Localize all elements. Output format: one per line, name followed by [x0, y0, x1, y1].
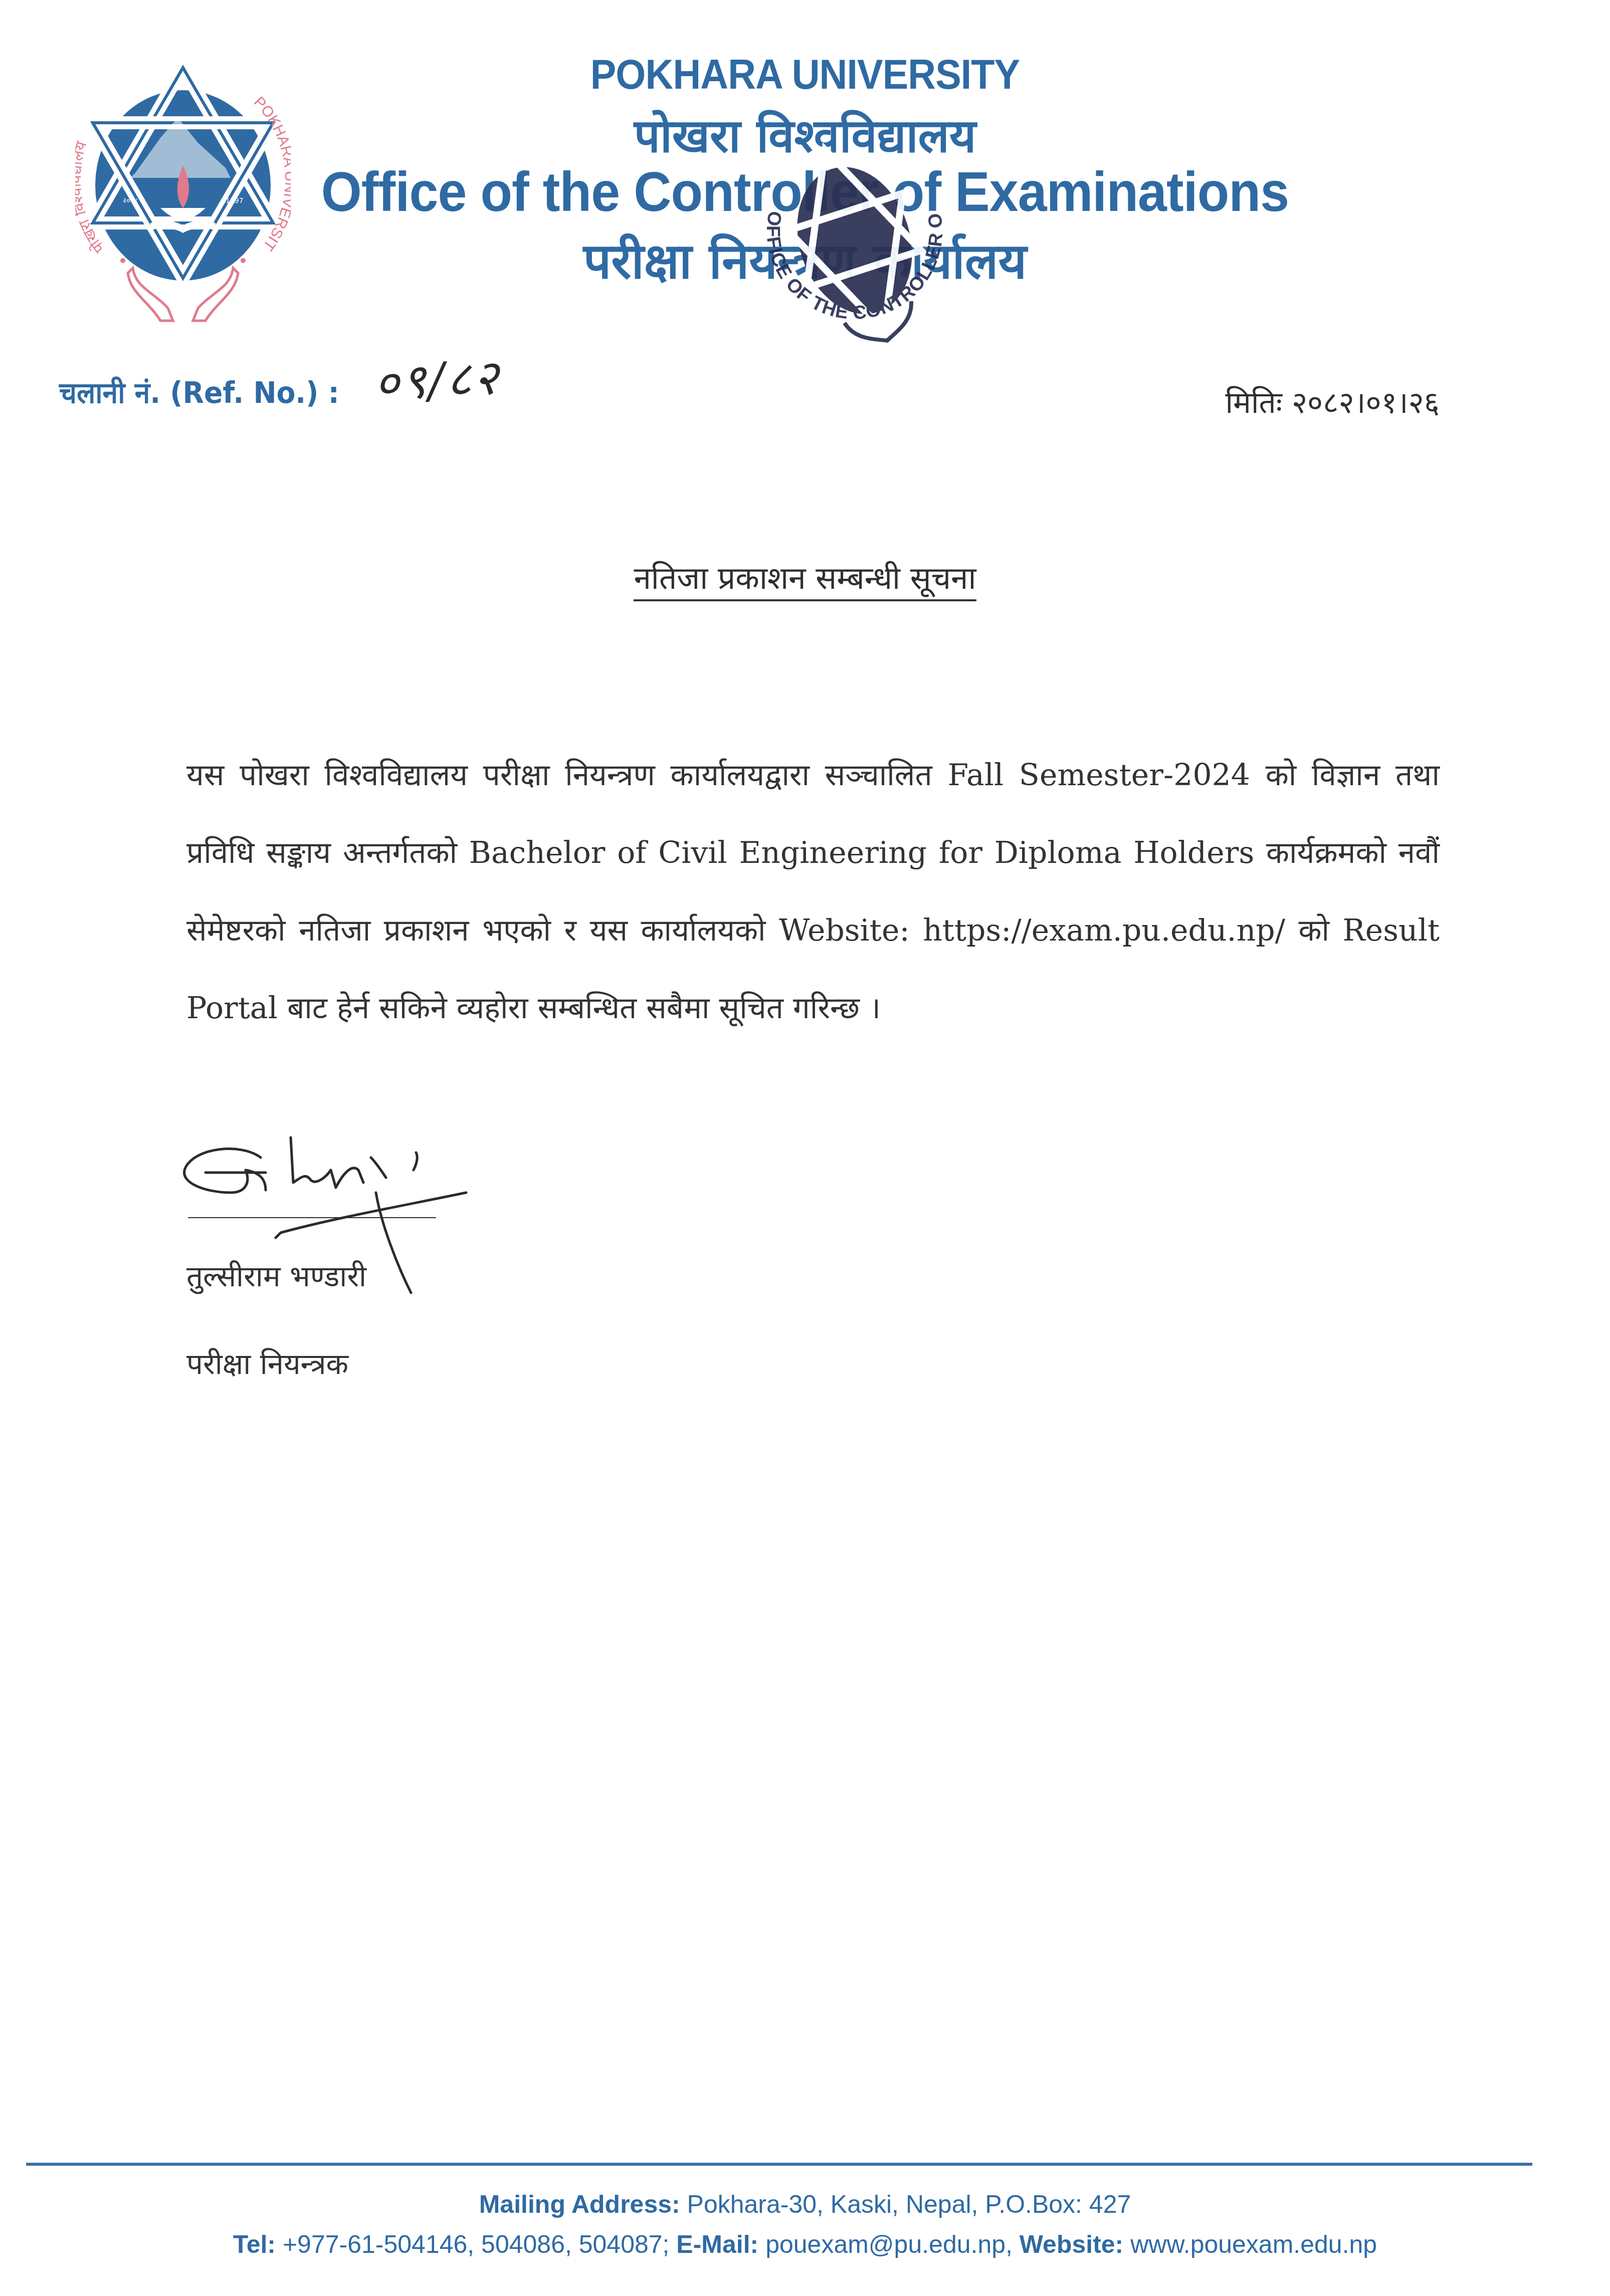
- email-label: E-Mail:: [676, 2230, 758, 2258]
- footer-divider: [26, 2163, 1532, 2166]
- date-label: मितिः: [1226, 385, 1282, 420]
- signatory-name: तुल्सीराम भण्डारी: [186, 1255, 366, 1295]
- office-seal-stamp-icon: OFFICE OF THE CONTROLLER OF EXAMINATIONS: [729, 125, 980, 361]
- signatory-title: परीक्षा नियन्त्रक: [186, 1343, 348, 1383]
- subject-heading: नतिजा प्रकाशन सम्बन्धी सूचना: [634, 560, 976, 601]
- body-line: यस पोखरा विश्वविद्यालय परीक्षा नियन्त्रण…: [186, 737, 1440, 814]
- footer-contact: Tel: +977-61-504146, 504086, 504087; E-M…: [0, 2230, 1610, 2259]
- email-value: pouexam@pu.edu.np,: [758, 2230, 1020, 2258]
- footer-mailing-address: Mailing Address: Pokhara-30, Kaski, Nepa…: [0, 2190, 1610, 2219]
- reference-number: चलानी नं. (Ref. No.) : ०९/८२: [59, 346, 500, 411]
- body-line: सेमेष्टरको नतिजा प्रकाशन भएको र यस कार्य…: [186, 892, 1440, 970]
- mailing-address-label: Mailing Address:: [479, 2190, 680, 2218]
- reference-label: चलानी नं. (Ref. No.) :: [59, 372, 339, 411]
- notice-subject: नतिजा प्रकाशन सम्बन्धी सूचना: [0, 556, 1610, 598]
- body-line: Portal बाट हेर्न सकिने व्यहोरा सम्बन्धित…: [186, 970, 1440, 1047]
- body-line: प्रविधि सङ्काय अन्तर्गतको Bachelor of Ci…: [186, 814, 1440, 892]
- university-name-english: POKHARA UNIVERSITY: [64, 50, 1545, 99]
- document-date: मितिः २०८२।०१।२६: [1226, 381, 1440, 422]
- notice-body: यस पोखरा विश्वविद्यालय परीक्षा नियन्त्रण…: [186, 737, 1440, 1047]
- mailing-address-value: Pokhara-30, Kaski, Nepal, P.O.Box: 427: [680, 2190, 1131, 2218]
- website-label: Website:: [1020, 2230, 1123, 2258]
- reference-value-handwritten: ०९/८२: [372, 342, 502, 414]
- tel-value: +977-61-504146, 504086, 504087;: [276, 2230, 676, 2258]
- tel-label: Tel:: [233, 2230, 276, 2258]
- date-value: २०८२।०१।२६: [1292, 385, 1440, 420]
- website-value: www.pouexam.edu.np: [1123, 2230, 1377, 2258]
